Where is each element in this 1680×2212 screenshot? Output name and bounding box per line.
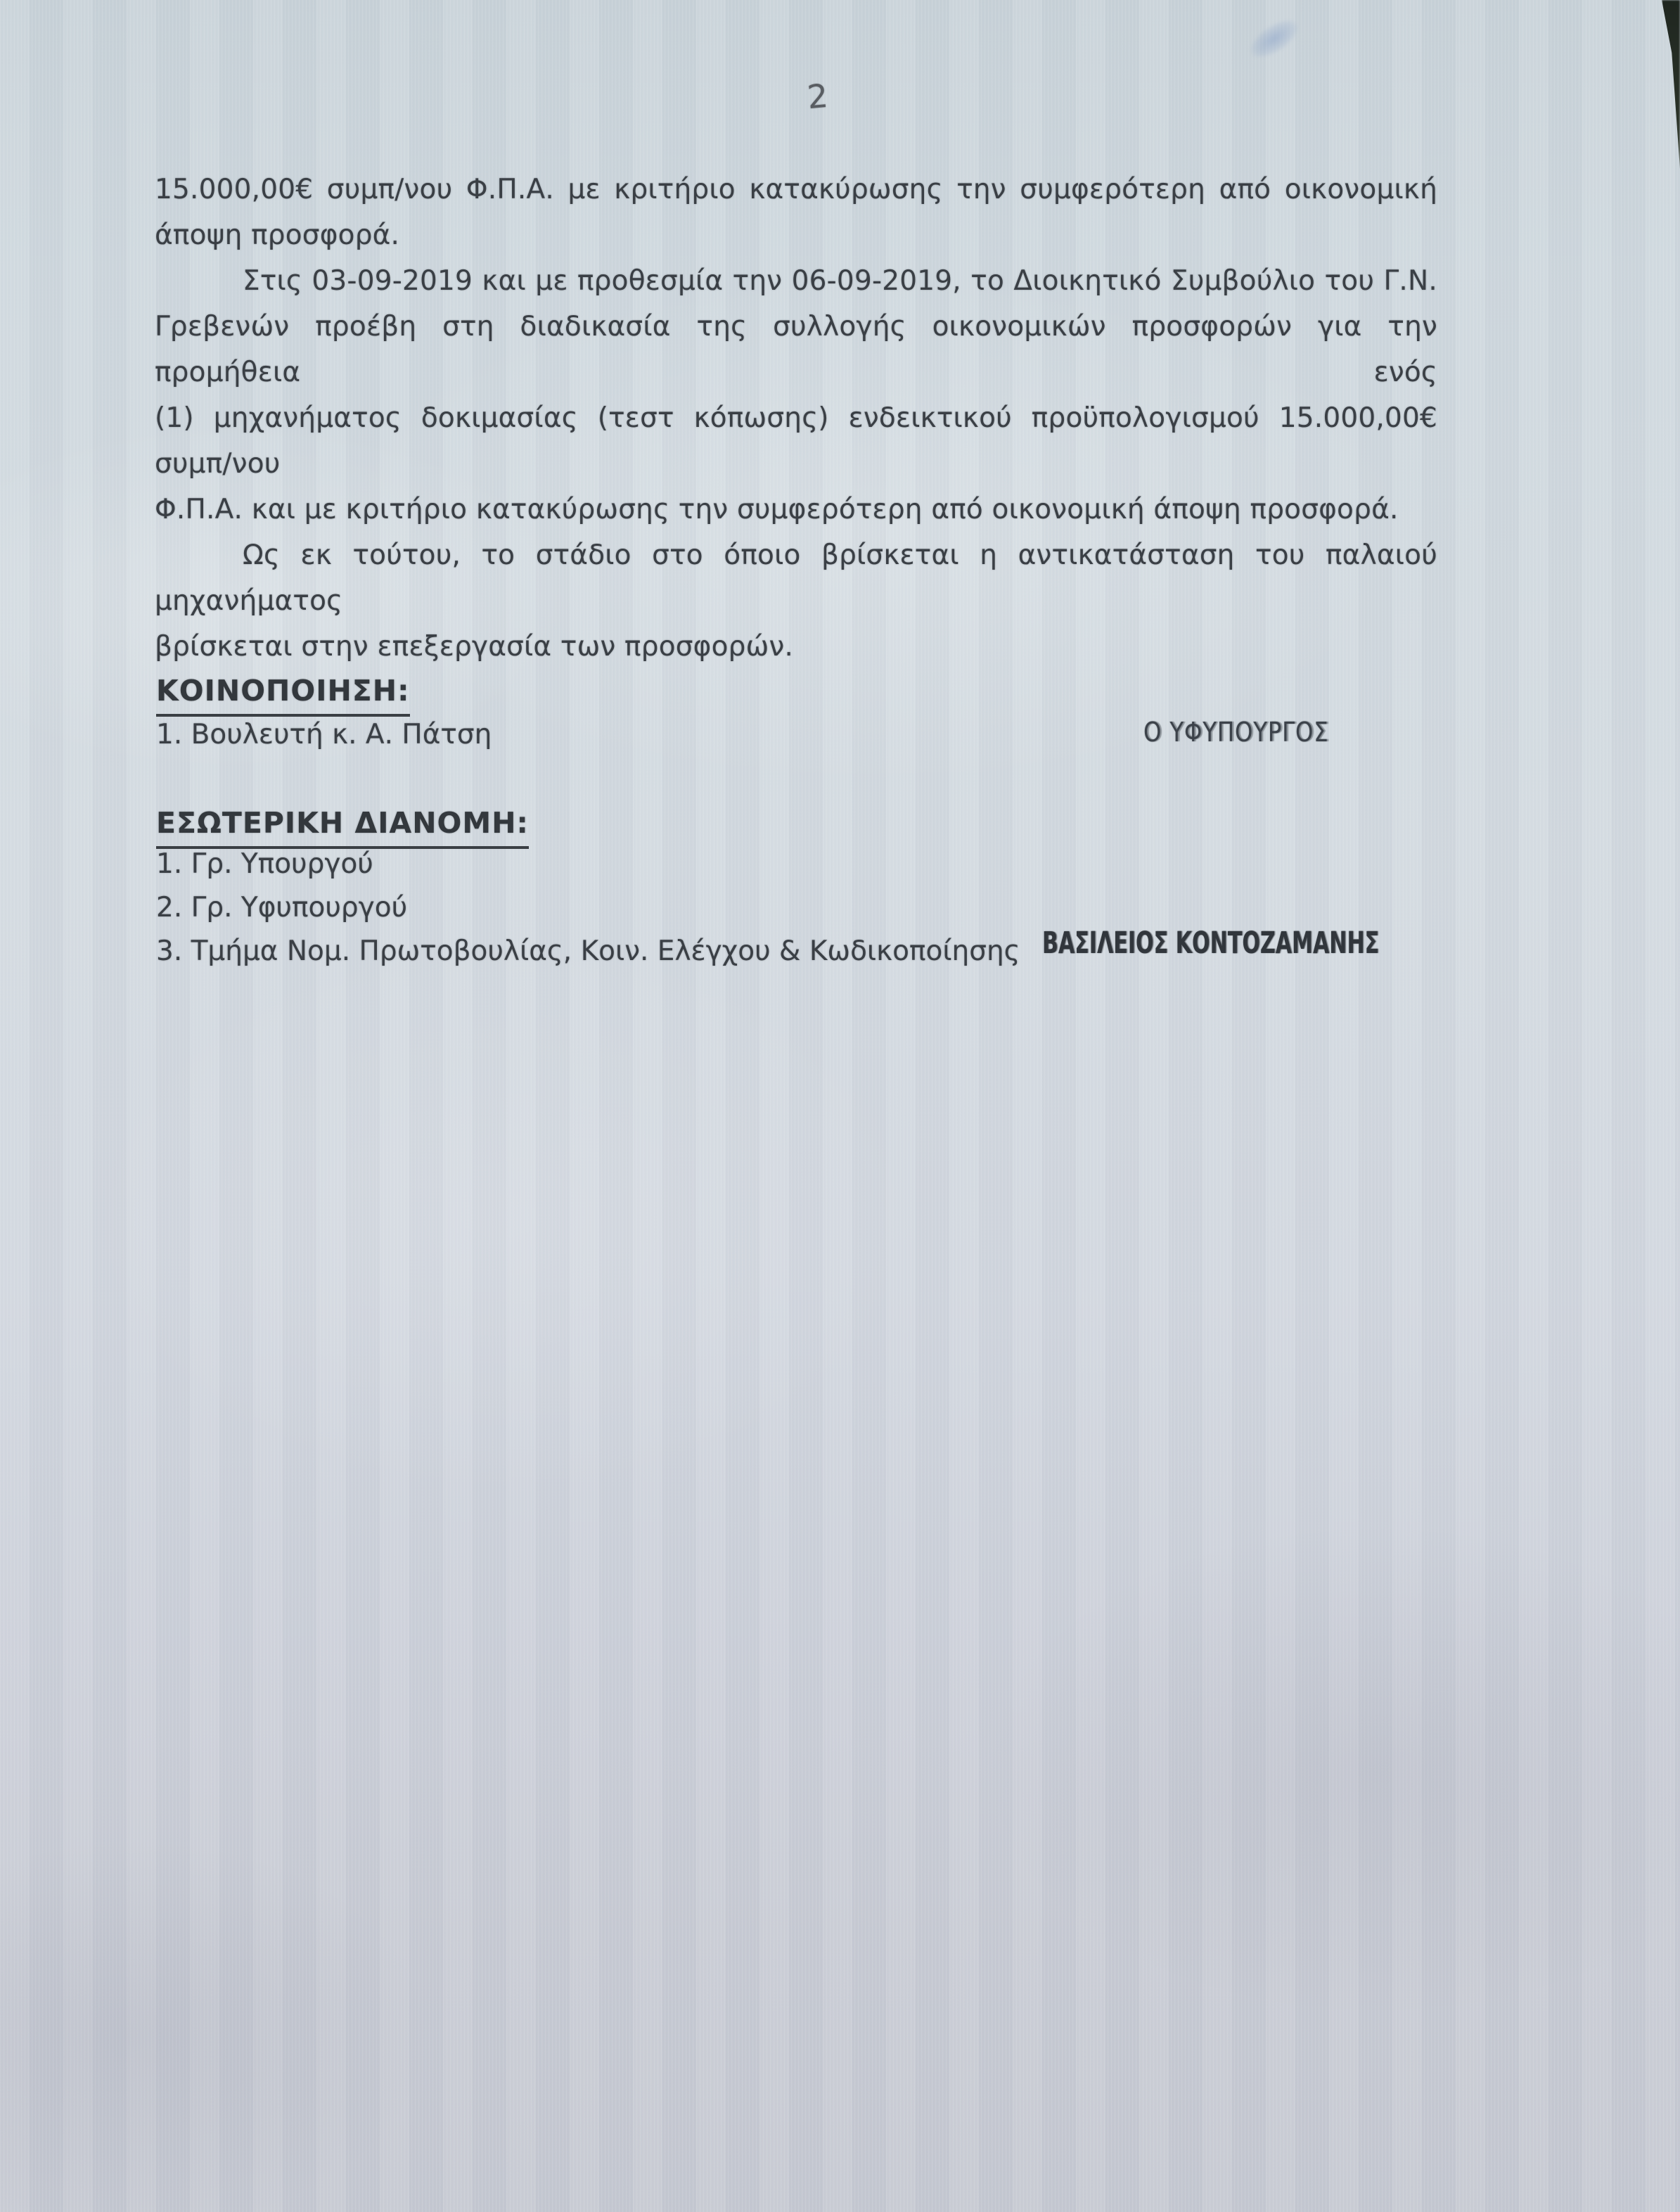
- signatory-title: Ο ΥΦΥΠΟΥΡΓΟΣ: [1143, 717, 1329, 748]
- body-line: Ως εκ τούτου, το στάδιο στο όποιο βρίσκε…: [155, 532, 1437, 624]
- scan-edge-artifact: [1662, 0, 1680, 176]
- internal-distribution-heading: ΕΣΩΤΕΡΙΚΗ ΔΙΑΝΟΜΗ:: [156, 806, 529, 849]
- body-line: άποψη προσφορά.: [155, 212, 1437, 258]
- notification-item-1: 1. Βουλευτή κ. Α. Πάτση: [156, 719, 492, 750]
- body-line: Στις 03-09-2019 και με προθεσμία την 06-…: [155, 258, 1437, 304]
- internal-item-1: 1. Γρ. Υπουργού: [156, 848, 373, 880]
- pen-smudge-mark: [1222, 0, 1326, 87]
- internal-item-3: 3. Τμήμα Νομ. Πρωτοβουλίας, Κοιν. Ελέγχο…: [156, 935, 1020, 967]
- document-body: 15.000,00€ συμπ/νου Φ.Π.Α. με κριτήριο κ…: [155, 167, 1437, 670]
- page-number: 2: [806, 77, 830, 116]
- internal-item-2: 2. Γρ. Υφυπουργού: [156, 892, 407, 923]
- body-line: 15.000,00€ συμπ/νου Φ.Π.Α. με κριτήριο κ…: [155, 167, 1437, 212]
- notification-heading: ΚΟΙΝΟΠΟΙΗΣΗ:: [156, 674, 410, 717]
- body-line: Γρεβενών προέβη στη διαδικασία της συλλο…: [155, 304, 1437, 395]
- scanned-document-page: 2 15.000,00€ συμπ/νου Φ.Π.Α. με κριτήριο…: [0, 0, 1680, 2212]
- body-line: Φ.Π.Α. και με κριτήριο κατακύρωσης την σ…: [155, 487, 1437, 532]
- body-line: βρίσκεται στην επεξεργασία των προσφορών…: [155, 624, 1437, 670]
- signatory-name: ΒΑΣΙΛΕΙΟΣ ΚΟΝΤΟΖΑΜΑΝΗΣ: [1042, 926, 1379, 961]
- body-line: (1) μηχανήματος δοκιμασίας (τεστ κόπωσης…: [155, 395, 1437, 487]
